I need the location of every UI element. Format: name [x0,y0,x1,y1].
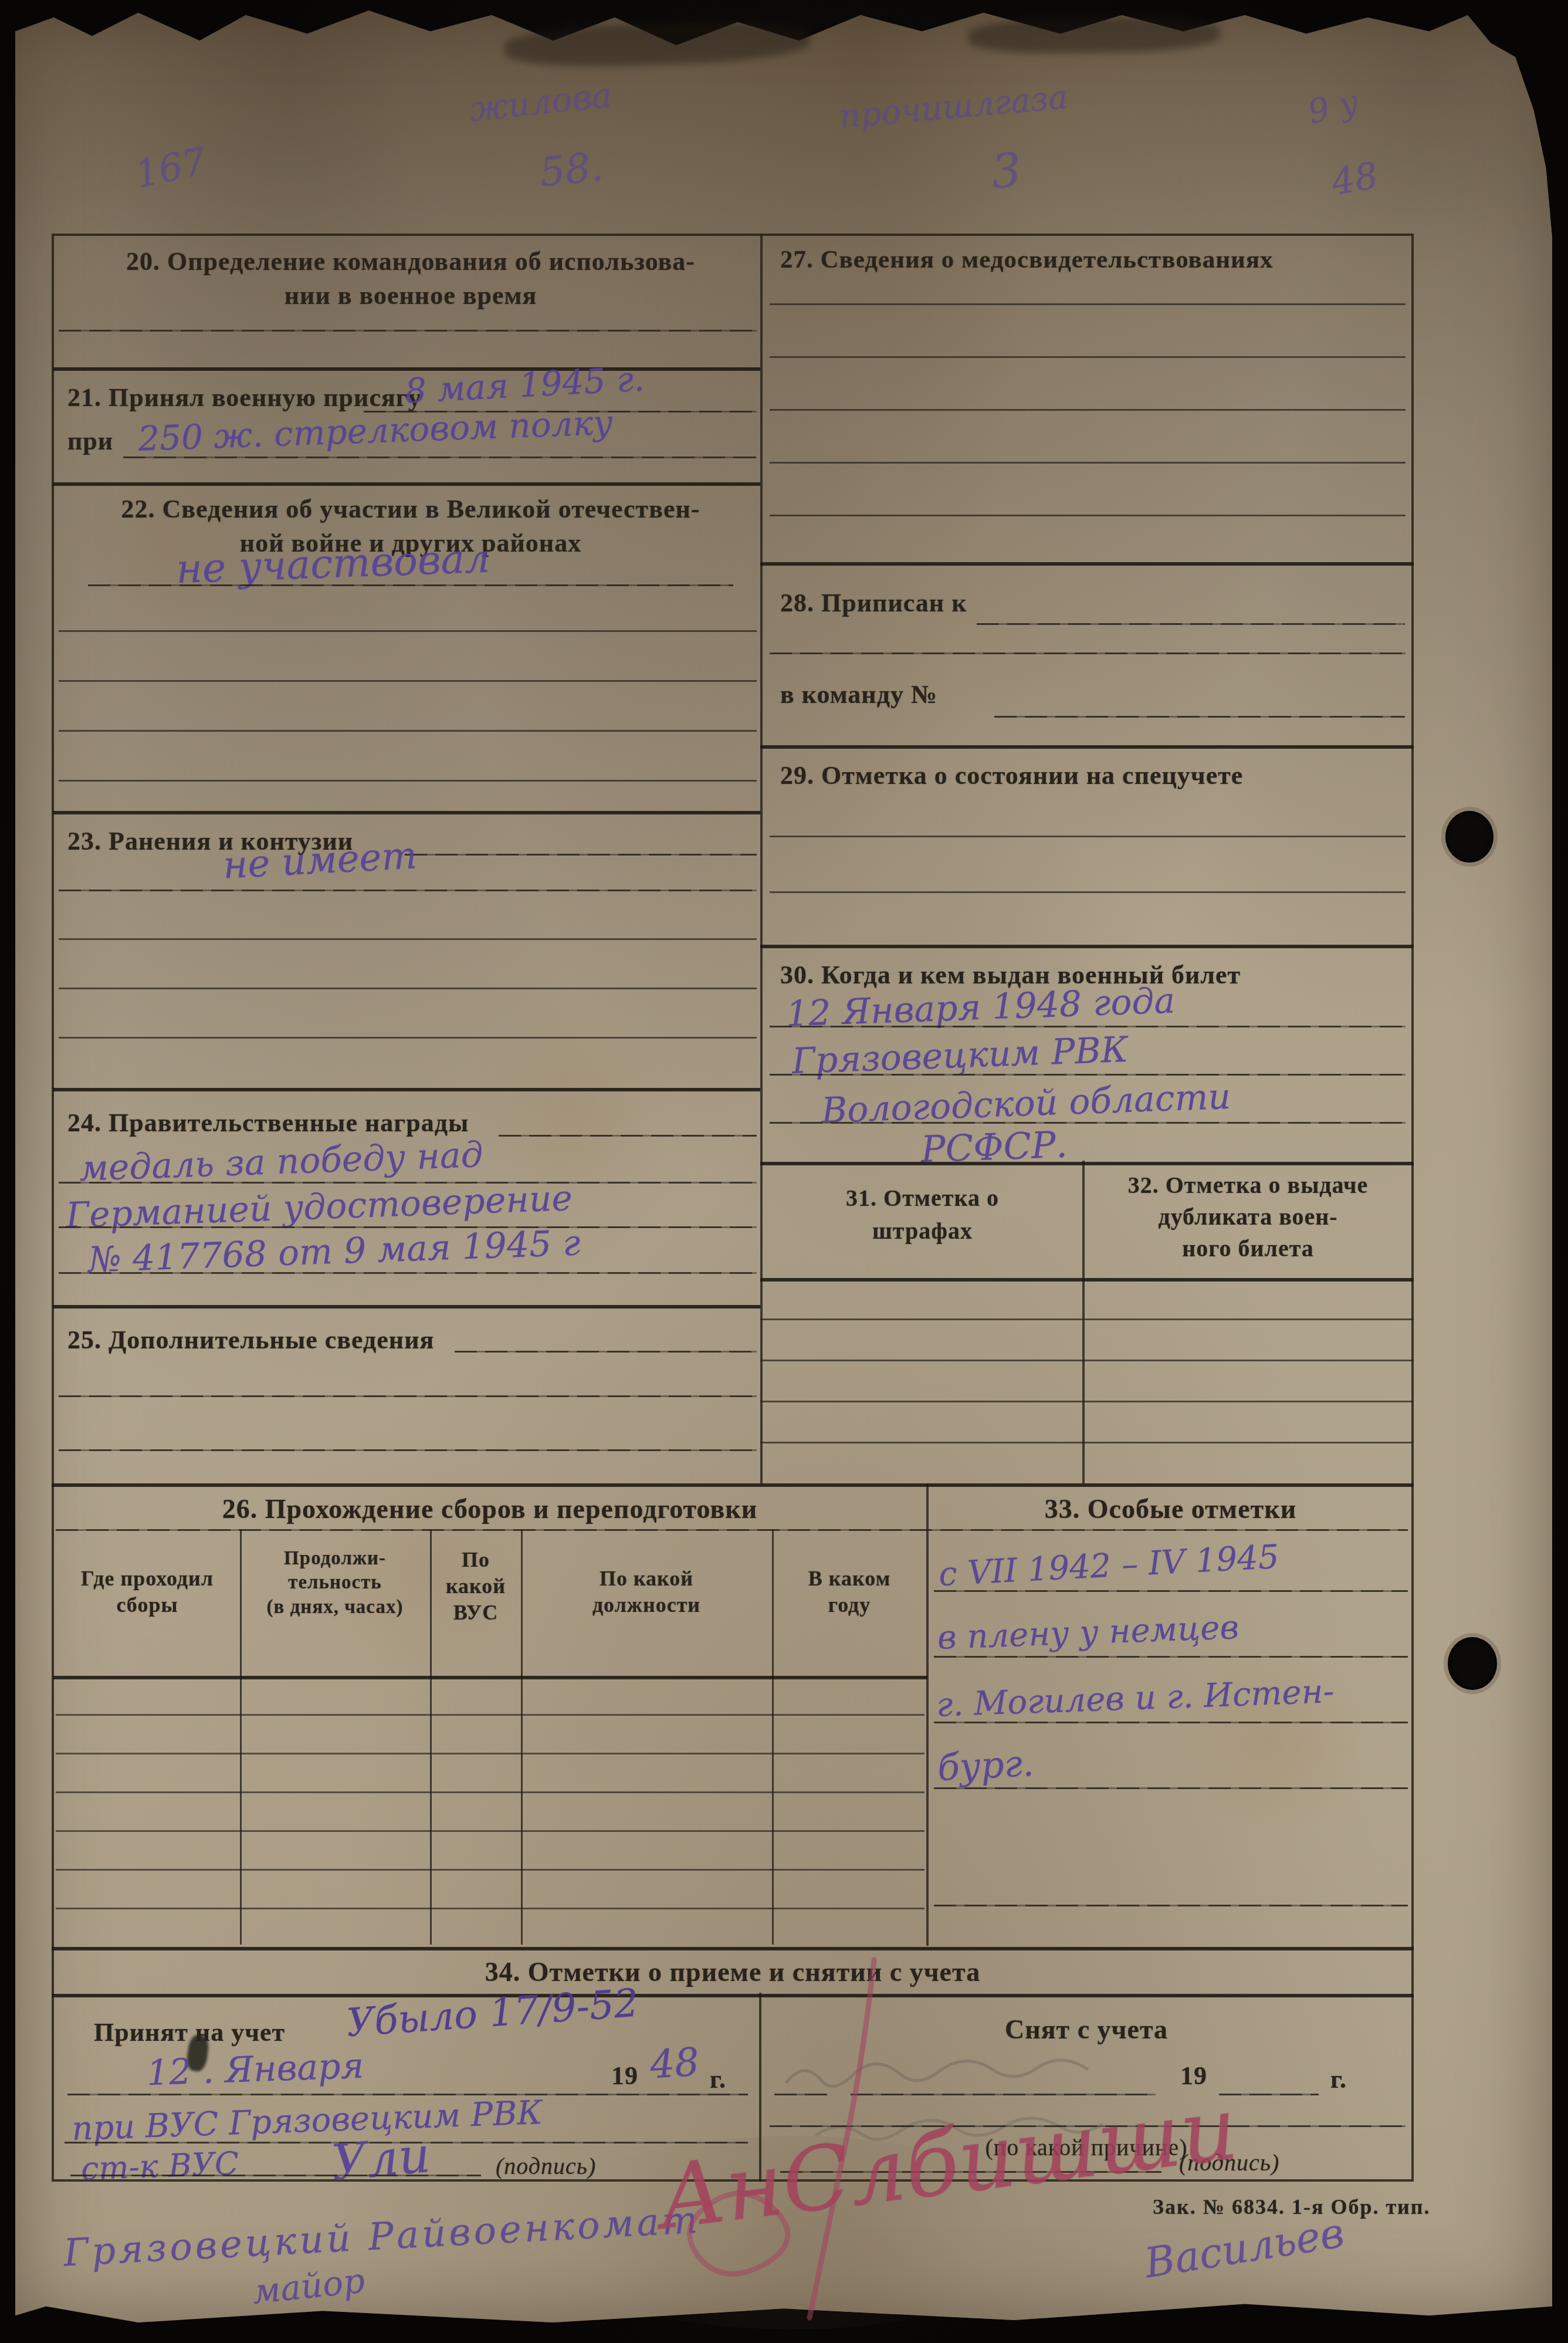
ruled-line [123,457,757,458]
section-boundary-line [53,482,760,486]
section-31-title-line2: штрафах [763,1217,1082,1245]
red-signature-flourish [645,1954,997,2330]
ruled-line [770,1026,1406,1027]
ruled-line [59,1449,757,1451]
ruled-line [88,584,733,586]
accepted-label: Принят на учет [94,2017,285,2047]
ruled-line [934,1905,1408,1906]
ruled-line [405,854,757,856]
section-21-label: 21. Принял военную присягу [67,383,422,413]
section-29-title: 29. Отметка о состоянии на спецучете [780,760,1243,790]
ruled-line [59,330,757,332]
section-20-title-line1: 20. Определение командования об использо… [65,246,757,276]
section-boundary-line [53,1305,760,1309]
ruled-line [70,2175,481,2176]
accepted-date-entry: 12 . Января [146,2046,365,2094]
header-underline [760,1278,1414,1282]
table-header-col1: Где проходил сборы [56,1566,239,1618]
ruled-line [770,1074,1406,1076]
section-28-label1: 28. Приписан к [780,588,967,618]
accepted-rank-entry: ст-к ВУС [80,2145,239,2187]
section-21-label2: при [67,426,113,456]
ruled-line [934,1787,1408,1789]
section-31-title-line1: 31. Отметка о [763,1184,1082,1212]
document-scan: 167 жилова 58. прочишлгаза 3 9 у 48 20. … [0,0,1568,2343]
ruled-line [59,1395,757,1397]
section-25-label: 25. Дополнительные сведения [67,1325,434,1355]
section-boundary-line [53,1088,760,1091]
section-32-title-line2: дубликата воен- [1085,1203,1411,1230]
table-header-underline [53,1676,927,1679]
section-28-label2: в команду № [780,679,937,709]
ruled-line [59,1226,757,1228]
ruled-line [56,1529,1408,1531]
divider-table-33 [926,1483,929,1946]
ruled-line [499,1135,757,1137]
section-33-entry-4: бург. [936,1742,1035,1790]
section-boundary-line [760,945,1414,948]
top-annotation: 48 [1328,154,1381,204]
punch-hole [1448,1637,1497,1690]
top-annotation: 58. [537,144,605,197]
section-boundary-line [760,745,1414,749]
table-header-col4: По какой должности [523,1566,770,1618]
ruled-line [934,1722,1408,1723]
ruled-line [59,890,757,891]
accepted-signature: Ули [329,2126,432,2192]
section-20-title-line2: нии в военное время [65,280,757,310]
ruled-line [934,1590,1408,1592]
removed-year-suffix: г. [1330,2064,1347,2094]
table-header-col2: Продолжи- тельность (в днях, часах) [242,1547,428,1620]
section-32-title-line1: 32. Отметка о выдаче [1085,1171,1411,1199]
punch-hole [1445,811,1494,863]
ruled-line [455,1351,757,1353]
band-boundary-line [52,1947,1414,1950]
column-divider [760,234,763,1483]
ruled-line [59,1272,757,1274]
ruled-line [934,1656,1408,1658]
band-boundary-line [52,1483,1414,1487]
ruled-line [977,623,1405,625]
section-27-title: 27. Сведения о медосвидетельствованиях [780,245,1274,274]
section-24-label: 24. Правительственные награды [67,1108,469,1138]
table-header-col5: В каком году [774,1566,925,1618]
accepted-year-printed: 19 [611,2061,638,2091]
ruled-line [994,716,1405,718]
section-32-title-line3: ного билета [1085,1235,1411,1262]
section-boundary-line [760,1162,1414,1165]
section-33-title: 33. Особые отметки [929,1493,1413,1524]
ruled-line [770,652,1406,654]
ruled-line [770,1122,1406,1124]
section-26-title: 26. Прохождение сборов и переподготовки [53,1493,927,1524]
table-header-col3: По какой ВУС [432,1547,520,1626]
podpis-caption: (подпись) [496,2152,596,2180]
top-annotation: 3 [989,143,1024,200]
section-boundary-line [53,367,760,371]
section-boundary-line [760,562,1414,566]
section-boundary-line [53,811,760,814]
section-22-title-line1: 22. Сведения об участии в Великой отечес… [65,494,757,524]
